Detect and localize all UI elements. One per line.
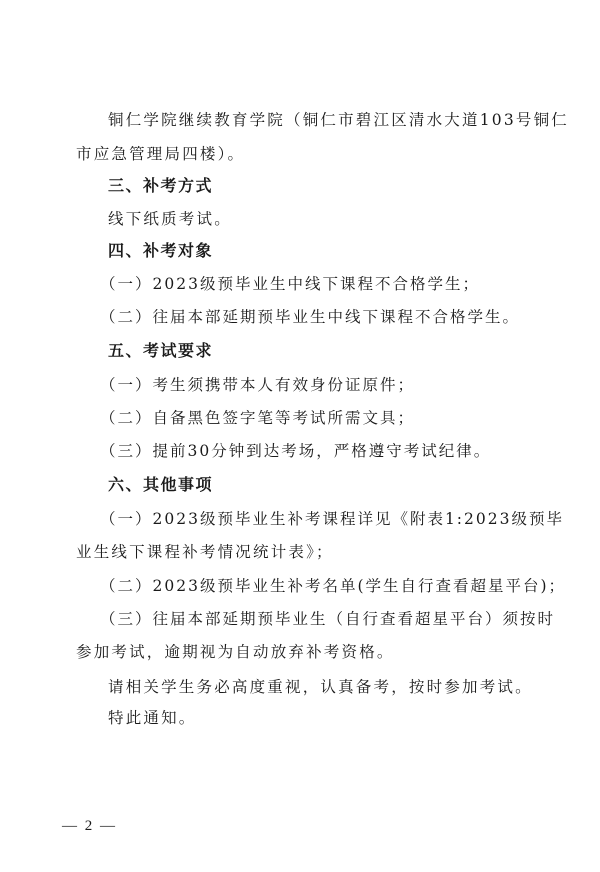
exam-requirement-item-1: （一）考生须携带本人有效身份证原件； [100,374,552,396]
other-matters-item-1-cont: 业生线下课程补考情况统计表》； [76,541,528,563]
exam-method-text: 线下纸质考试。 [108,208,560,230]
section-heading-exam-requirements: 五、考试要求 [108,340,560,362]
address-line-1: 铜仁学院继续教育学院（铜仁市碧江区清水大道103号铜仁 [108,109,560,131]
other-matters-item-1: （一）2023级预毕业生补考课程详见《附表1:2023级预毕 [100,508,552,530]
section-heading-exam-target: 四、补考对象 [108,240,560,262]
section-heading-other-matters: 六、其他事项 [108,474,560,496]
closing-notice: 特此通知。 [108,707,560,729]
document-page: 铜仁学院继续教育学院（铜仁市碧江区清水大道103号铜仁 市应急管理局四楼）。 三… [0,0,600,872]
other-matters-item-3-cont: 参加考试，逾期视为自动放弃补考资格。 [76,641,528,663]
exam-target-item-1: （一）2023级预毕业生中线下课程不合格学生； [100,273,552,295]
closing-request: 请相关学生务必高度重视，认真备考，按时参加考试。 [108,676,560,698]
other-matters-item-3: （三）往届本部延期预毕业生（自行查看超星平台）须按时 [100,608,552,630]
exam-requirement-item-2: （二）自备黑色签字笔等考试所需文具； [100,407,552,429]
exam-target-item-2: （二）往届本部延期预毕业生中线下课程不合格学生。 [100,306,552,328]
other-matters-item-2: （二）2023级预毕业生补考名单(学生自行查看超星平台)； [100,575,552,597]
page-number: — 2 — [62,818,117,835]
section-heading-exam-method: 三、补考方式 [108,175,560,197]
address-line-2: 市应急管理局四楼）。 [76,143,528,165]
exam-requirement-item-3: （三）提前30分钟到达考场，严格遵守考试纪律。 [100,440,552,462]
